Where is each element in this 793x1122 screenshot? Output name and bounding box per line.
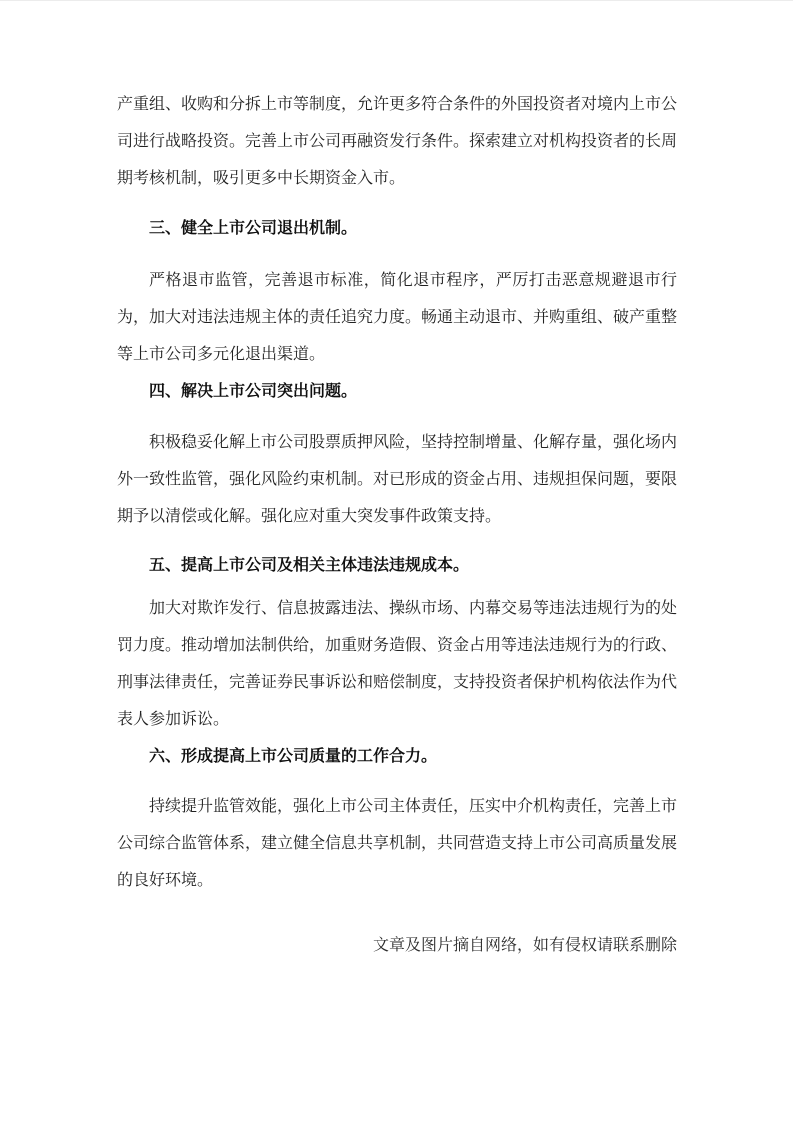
- document-page: 产重组、收购和分拆上市等制度，允许更多符合条件的外国投资者对境内上市公司进行战略…: [0, 0, 793, 1122]
- section-6-heading: 六、形成提高上市公司质量的工作合力。: [117, 738, 677, 775]
- attribution-note: 文章及图片摘自网络，如有侵权请联系删除: [117, 927, 677, 964]
- section-5-heading: 五、提高上市公司及相关主体违法违规成本。: [117, 547, 677, 584]
- section-4-paragraph: 积极稳妥化解上市公司股票质押风险，坚持控制增量、化解存量，强化场内外一致性监管，…: [117, 424, 677, 535]
- section-3-heading: 三、健全上市公司退出机制。: [117, 210, 677, 247]
- section-5-paragraph: 加大对欺诈发行、信息披露违法、操纵市场、内幕交易等违法违规行为的处罚力度。推动增…: [117, 590, 677, 738]
- section-3-paragraph: 严格退市监管，完善退市标准，简化退市程序，严厉打击恶意规避退市行为，加大对违法违…: [117, 262, 677, 373]
- section-6-paragraph: 持续提升监管效能，强化上市公司主体责任，压实中介机构责任，完善上市公司综合监管体…: [117, 788, 677, 899]
- continued-paragraph: 产重组、收购和分拆上市等制度，允许更多符合条件的外国投资者对境内上市公司进行战略…: [117, 86, 677, 197]
- section-4-heading: 四、解决上市公司突出问题。: [117, 373, 677, 410]
- document-content: 产重组、收购和分拆上市等制度，允许更多符合条件的外国投资者对境内上市公司进行战略…: [117, 1, 677, 964]
